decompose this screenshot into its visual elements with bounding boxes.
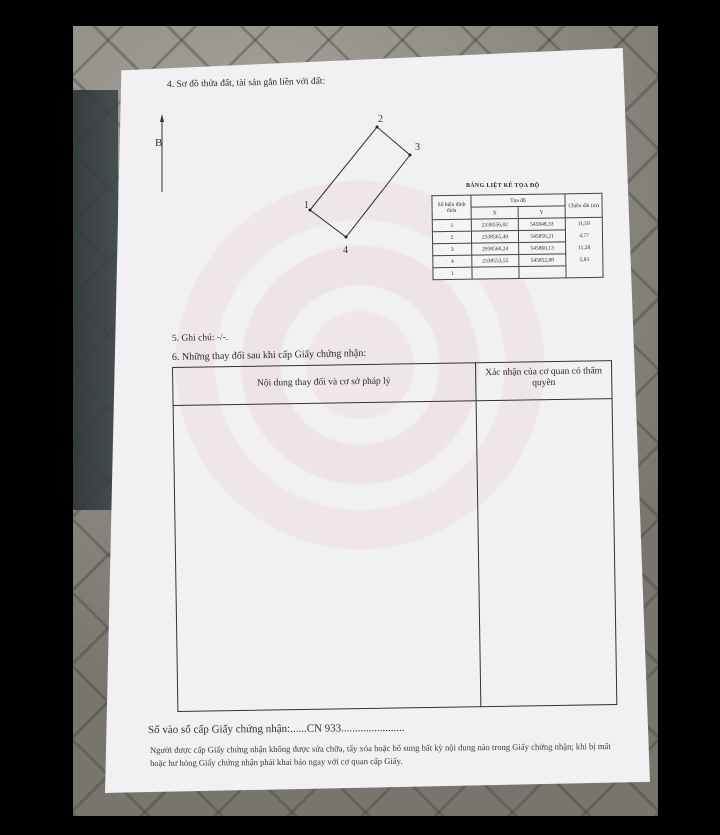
- table-row: 1: [433, 265, 603, 279]
- cell-point: 3: [433, 243, 472, 256]
- vertex-label-2: 2: [378, 114, 383, 125]
- vertex-label-1: 1: [304, 200, 309, 211]
- parcel-outline: [310, 127, 410, 237]
- cell-point: 1: [432, 219, 471, 232]
- cell-y: 545856,21: [518, 230, 565, 243]
- cell-x: 2338556,82: [471, 218, 518, 231]
- header-edge-length: Chiều dài (m): [565, 193, 602, 218]
- cell-length: 4,77: [565, 229, 602, 242]
- cell-length: 5,83: [566, 253, 603, 266]
- cell-y: 545852,88: [519, 254, 566, 267]
- registry-number-line: Số vào sổ cấp Giấy chứng nhận:......CN 9…: [148, 722, 405, 736]
- certificate-content: 4. Sơ đồ thửa đất, tài sản gắn liền với …: [0, 0, 720, 835]
- coordinate-table: Số hiệu đỉnh thửa Tọa độ Chiều dài (m) X…: [431, 193, 603, 280]
- header-x: X: [471, 206, 518, 219]
- section-5-notes: 5. Ghi chú: -/-.: [172, 333, 228, 344]
- cell-y: [519, 266, 566, 279]
- cell-y: 545848,33: [518, 218, 565, 231]
- header-y: Y: [518, 206, 565, 219]
- coordinate-table-title: BẢNG LIỆT KÊ TỌA ĐỘ: [466, 183, 540, 189]
- changes-table: Nội dung thay đổi và cơ sở pháp lý Xác n…: [172, 360, 617, 712]
- header-point-no: Số hiệu đỉnh thửa: [432, 195, 471, 220]
- section-4-title: 4. Sơ đồ thửa đất, tài sản gắn liền với …: [167, 77, 325, 90]
- section-6-title: 6. Những thay đổi sau khi cấp Giấy chứng…: [172, 348, 366, 363]
- footer-note: Người được cấp Giấy chứng nhận không đượ…: [150, 740, 620, 770]
- cell-length: 11,59: [565, 217, 602, 230]
- parcel-diagram: B 1 2 3 4: [140, 100, 430, 270]
- cell-length: [566, 265, 603, 278]
- cell-x: 2338553,55: [472, 254, 519, 267]
- cell-x: [472, 266, 519, 279]
- cell-point: 2: [432, 231, 471, 244]
- cell-x: 2938560,24: [472, 242, 519, 255]
- north-label: B: [155, 137, 162, 149]
- cell-point: 1: [433, 267, 472, 280]
- north-arrow-icon: [160, 114, 164, 122]
- cell-y: 545860,13: [519, 242, 566, 255]
- cell-point: 4: [433, 255, 472, 268]
- cell-length: 11,28: [566, 241, 603, 254]
- changes-col2-header: Xác nhận của cơ quan có thẩm quyền: [475, 366, 612, 390]
- vertex-label-4: 4: [343, 245, 348, 256]
- vertex-label-3: 3: [415, 142, 420, 153]
- cell-x: 2338565,49: [471, 230, 518, 243]
